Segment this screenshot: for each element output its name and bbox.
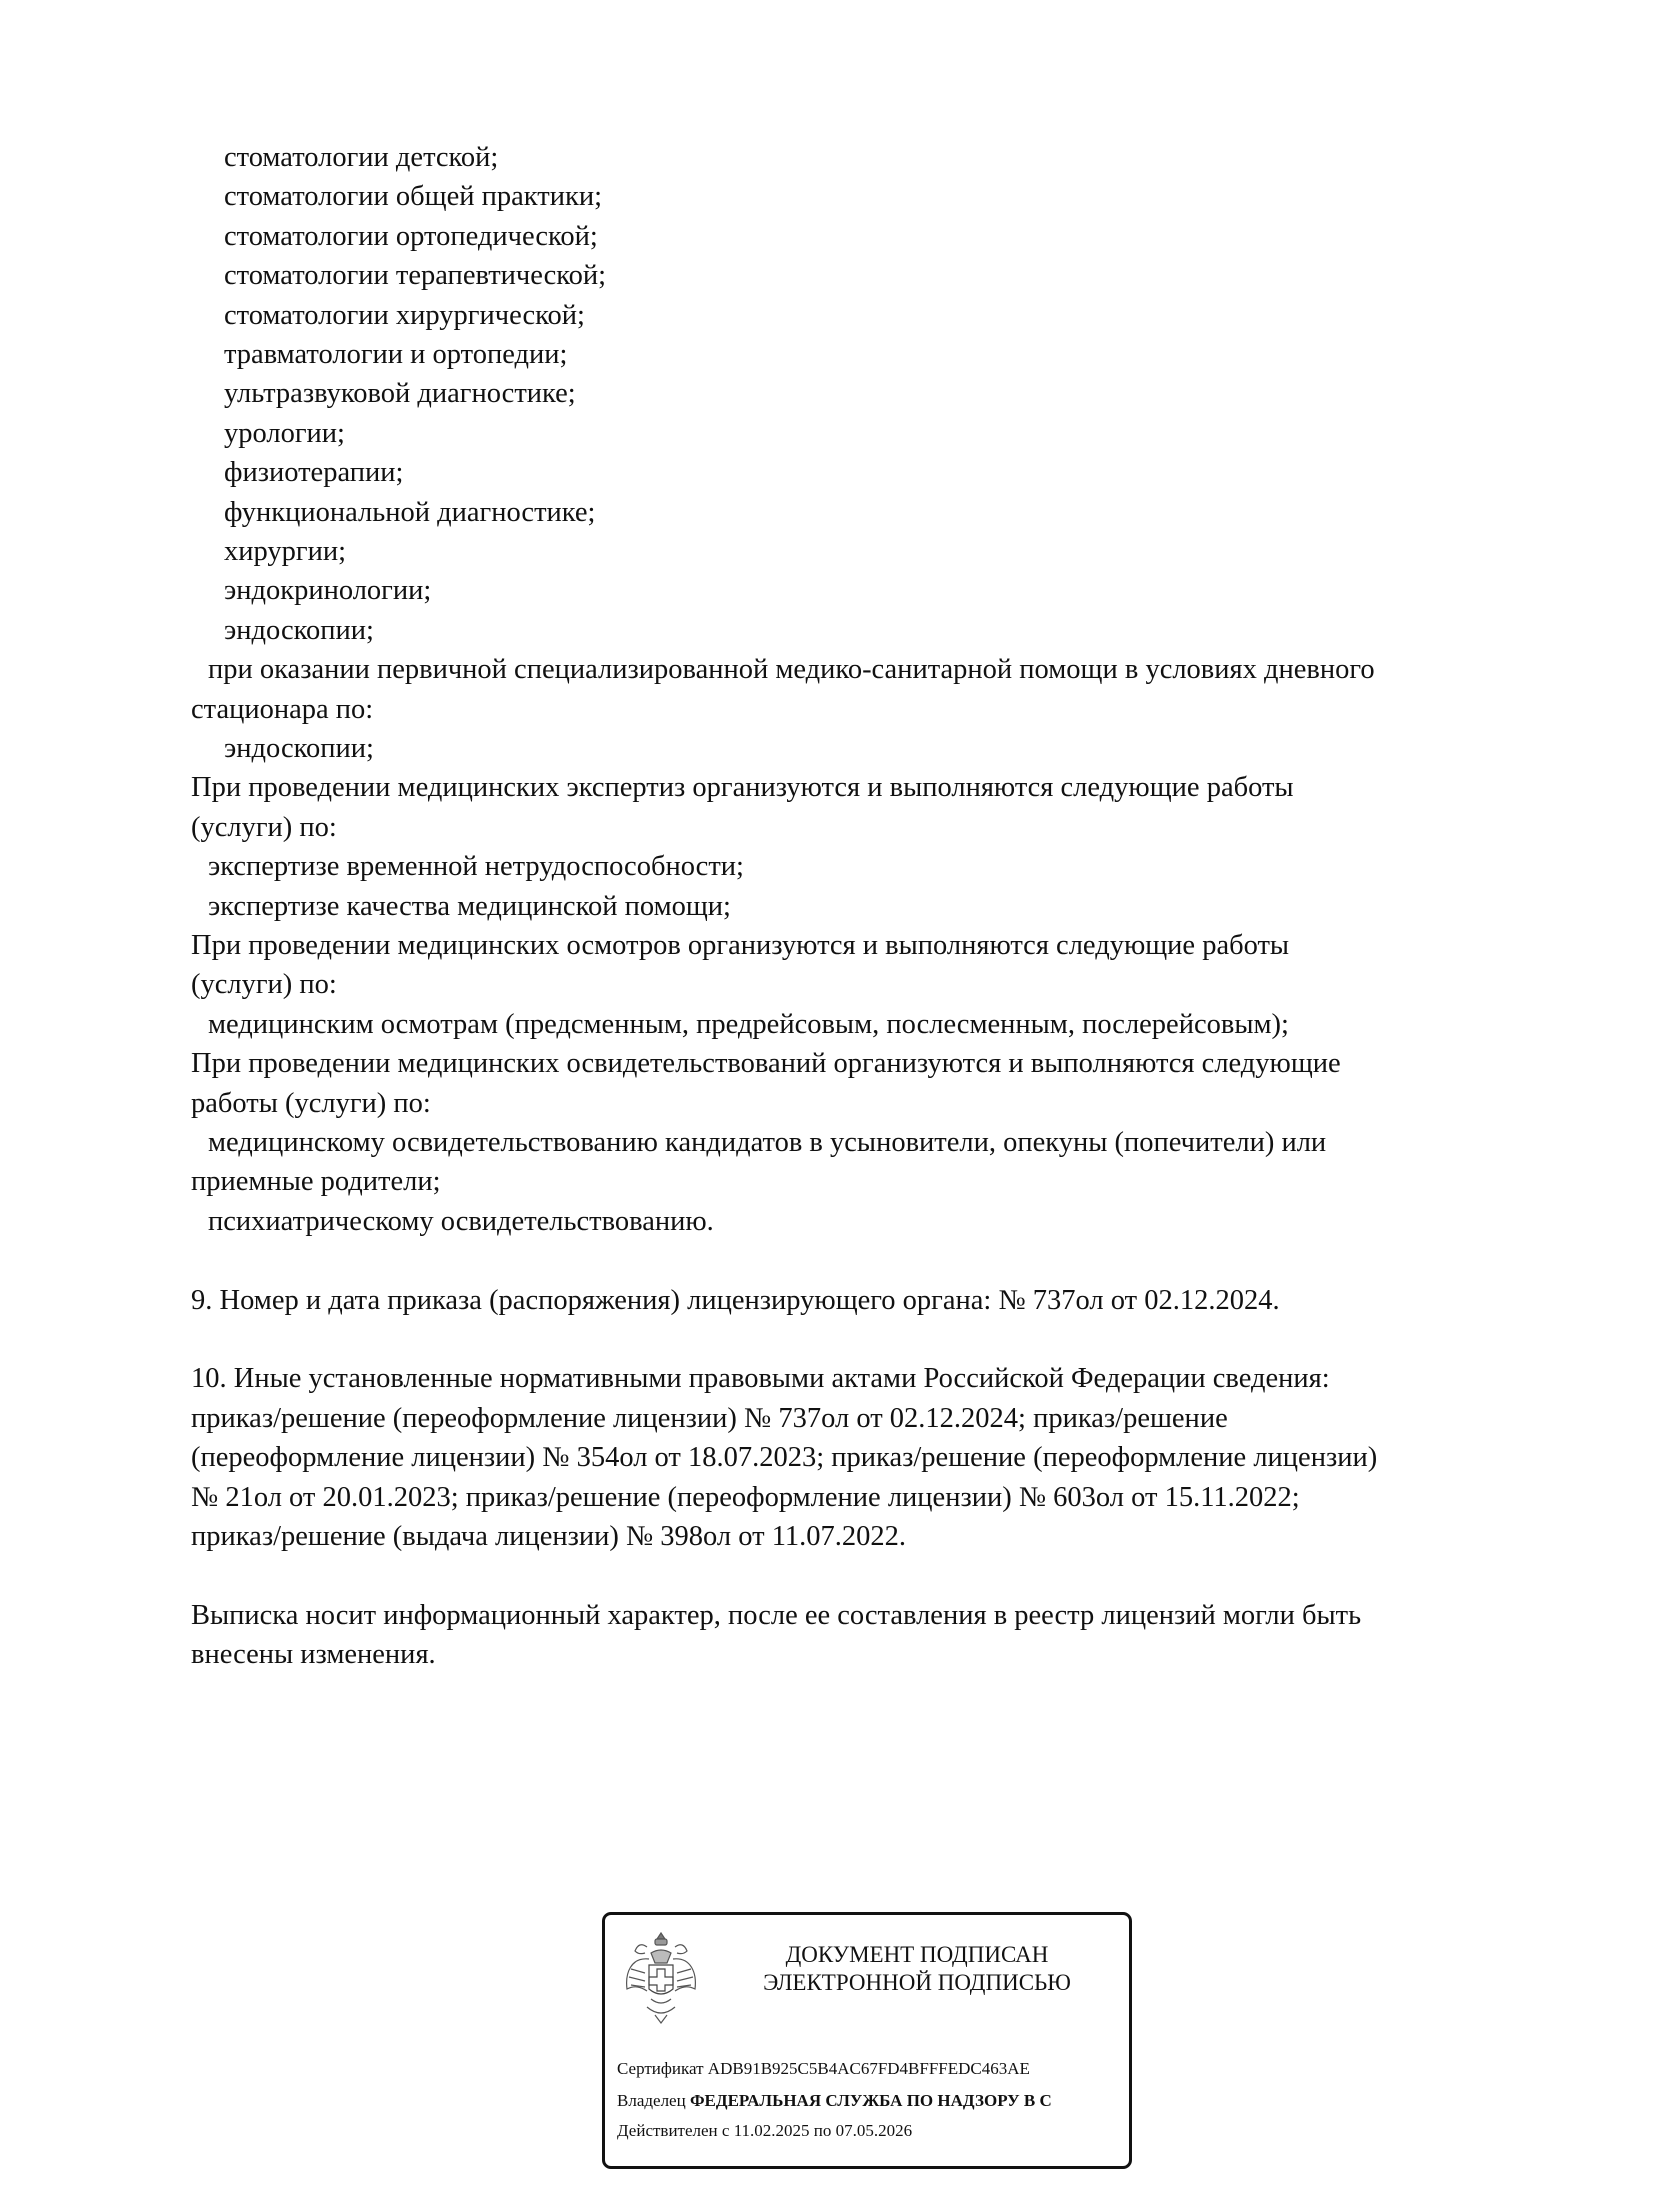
stamp-title-line2: ЭЛЕКТРОННОЙ ПОДПИСЬЮ [715,1969,1119,1997]
document-text-line: № 21ол от 20.01.2023; приказ/решение (пе… [191,1478,1300,1517]
stamp-title-line1: ДОКУМЕНТ ПОДПИСАН [715,1941,1119,1969]
document-text-line: стоматологии терапевтической; [224,256,606,295]
certificate-value: ADB91B925C5B4AC67FD4BFFFEDC463AE [708,2059,1030,2078]
document-text-line: (переоформление лицензии) № 354ол от 18.… [191,1438,1377,1477]
document-text-line: хирургии; [224,532,346,571]
document-text-line: 10. Иные установленные нормативными прав… [191,1359,1330,1398]
document-text-line: внесены изменения. [191,1635,436,1674]
stamp-title: ДОКУМЕНТ ПОДПИСАН ЭЛЕКТРОННОЙ ПОДПИСЬЮ [715,1941,1119,1997]
document-text-line: стационара по: [191,690,373,729]
document-text-line: приемные родители; [191,1162,441,1201]
document-text-line: При проведении медицинских осмотров орга… [191,926,1289,965]
document-text-line: медицинским осмотрам (предсменным, предр… [208,1005,1289,1044]
document-text-line: психиатрическому освидетельствованию. [208,1202,714,1241]
document-text-line: эндокринологии; [224,571,431,610]
document-text-line: травматологии и ортопедии; [224,335,567,374]
document-text-line: урологии; [224,414,345,453]
document-text-line: При проведении медицинских экспертиз орг… [191,768,1294,807]
document-text-line: стоматологии общей практики; [224,177,602,216]
document-text-line: (услуги) по: [191,965,337,1004]
document-text-line: приказ/решение (выдача лицензии) № 398ол… [191,1517,906,1556]
document-text-line: Выписка носит информационный характер, п… [191,1596,1361,1635]
document-text-line: эндоскопии; [224,729,374,768]
stamp-validity: Действителен с 11.02.2025 по 07.05.2026 [617,2121,912,2141]
document-text-line: приказ/решение (переоформление лицензии)… [191,1399,1228,1438]
owner-label: Владелец [617,2091,686,2110]
document-page: стоматологии детской;стоматологии общей … [0,0,1653,2200]
document-text-line: стоматологии детской; [224,138,498,177]
document-text-line: 9. Номер и дата приказа (распоряжения) л… [191,1281,1280,1320]
document-text-line: экспертизе качества медицинской помощи; [208,887,731,926]
document-text-line: ультразвуковой диагностике; [224,374,576,413]
document-text-line: стоматологии хирургической; [224,296,585,335]
document-text-line: (услуги) по: [191,808,337,847]
document-text-line: функциональной диагностике; [224,493,595,532]
owner-value: ФЕДЕРАЛЬНАЯ СЛУЖБА ПО НАДЗОРУ В С [690,2091,1052,2110]
document-text-line: работы (услуги) по: [191,1084,431,1123]
stamp-certificate: Сертификат ADB91B925C5B4AC67FD4BFFFEDC46… [617,2059,1030,2079]
document-text-line: экспертизе временной нетрудоспособности; [208,847,744,886]
document-text-line: эндоскопии; [224,611,374,650]
document-text-line: при оказании первичной специализированно… [208,650,1375,689]
document-text-line: физиотерапии; [224,453,403,492]
document-text-line: стоматологии ортопедической; [224,217,598,256]
document-text-line: При проведении медицинских освидетельств… [191,1044,1341,1083]
document-text-line: медицинскому освидетельствованию кандида… [208,1123,1326,1162]
electronic-signature-stamp: ДОКУМЕНТ ПОДПИСАН ЭЛЕКТРОННОЙ ПОДПИСЬЮ С… [602,1912,1132,2169]
double-headed-eagle-emblem-icon [621,1929,701,2029]
certificate-label: Сертификат [617,2059,704,2078]
stamp-owner: Владелец ФЕДЕРАЛЬНАЯ СЛУЖБА ПО НАДЗОРУ В… [617,2091,1052,2111]
